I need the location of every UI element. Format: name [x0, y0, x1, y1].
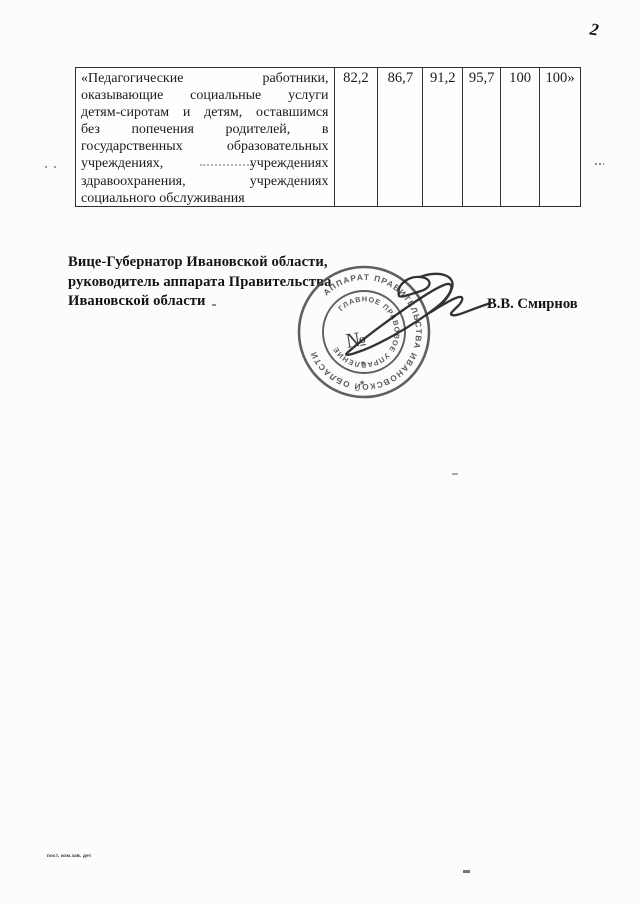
table-cell-value: 86,7: [377, 68, 422, 206]
label-line: «Педагогические работники,: [81, 70, 329, 87]
scan-artifact: [595, 163, 604, 165]
table-cell-value: 100»: [539, 68, 580, 206]
scan-artifact: [452, 473, 458, 475]
label-line: здравоохранения, учреждениях: [81, 173, 329, 190]
scan-artifact: [200, 164, 252, 166]
handwritten-page-number: 2: [588, 19, 600, 40]
footer-file-note: пост. изм.зав. дет: [47, 853, 91, 858]
stamp-separator-star-outer: *: [360, 379, 365, 391]
scan-artifact: [212, 304, 216, 306]
label-line: без попечения родителей, в: [81, 121, 329, 138]
table-cell-value: 100: [500, 68, 539, 206]
signature-stroke: [420, 274, 453, 313]
table-cell-value: 95,7: [462, 68, 500, 206]
table-cell-value: 82,2: [334, 68, 378, 206]
table-cell-label: «Педагогические работники, оказывающие с…: [76, 68, 334, 206]
signature-stroke: [399, 277, 430, 297]
table-cell-value: 91,2: [422, 68, 462, 206]
label-line: оказывающие социальные услуги: [81, 87, 329, 104]
scanned-document-page: 2 «Педагогические работники, оказывающие…: [0, 0, 640, 905]
scan-artifact: [463, 870, 470, 873]
label-line: детям-сиротам и детям, оставшимся: [81, 104, 329, 121]
scan-artifact: [45, 166, 47, 168]
label-line: социального обслуживания: [81, 190, 329, 207]
label-line: государственных образовательных: [81, 138, 329, 155]
indicator-table: «Педагогические работники, оказывающие с…: [75, 67, 581, 207]
handwritten-signature: [315, 258, 505, 363]
scan-artifact: [54, 166, 56, 168]
